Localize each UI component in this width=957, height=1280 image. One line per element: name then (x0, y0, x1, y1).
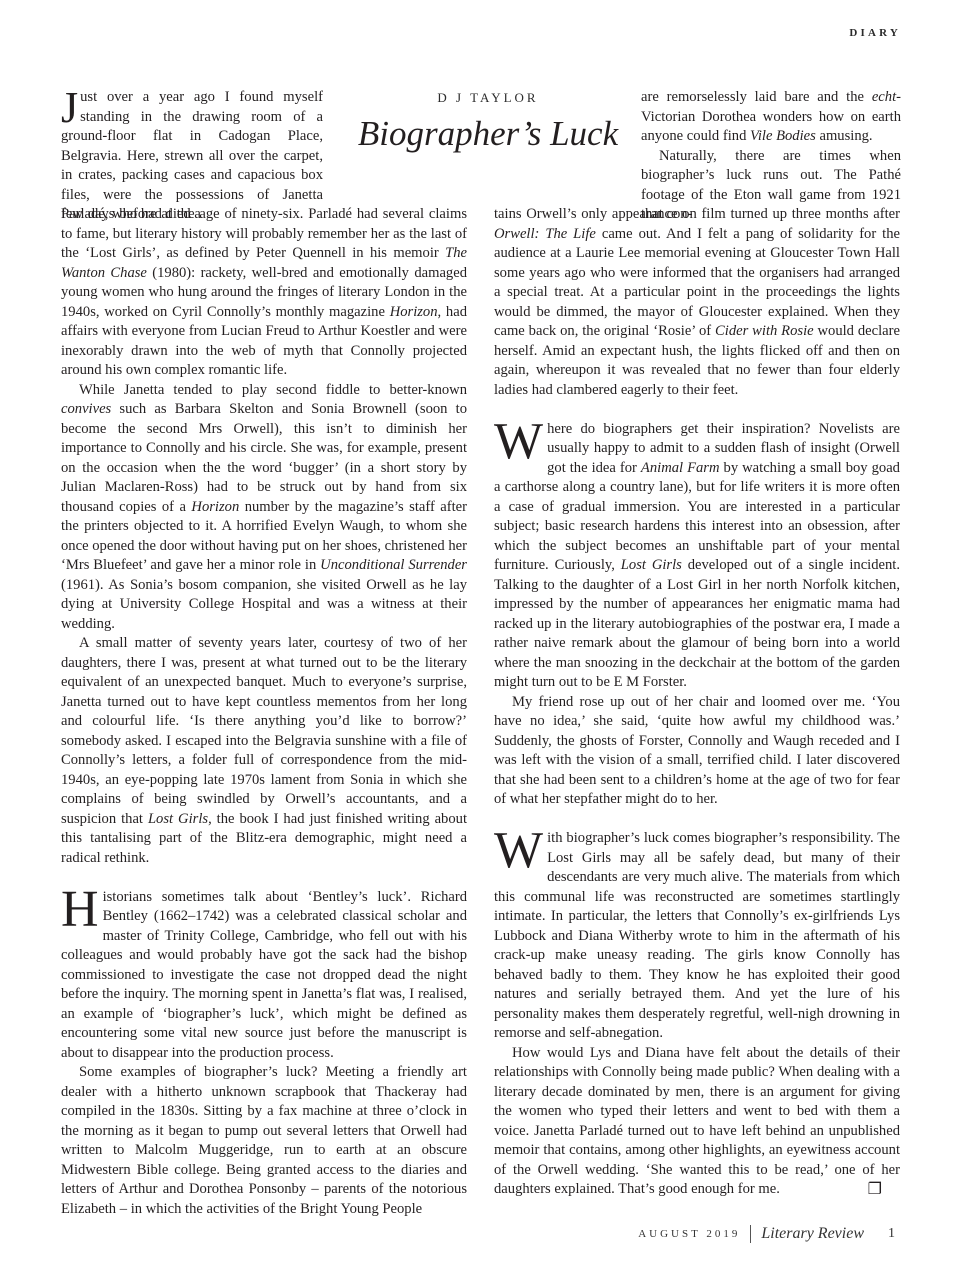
article-title: Biographer’s Luck (338, 114, 638, 154)
paragraph: tains Orwell’s only appearance on film t… (494, 205, 900, 400)
paragraph: A small matter of seventy years later, c… (61, 634, 467, 868)
column-1: few days before at the age of ninety-six… (61, 205, 467, 1219)
drop-cap: W (494, 831, 543, 871)
paragraph: Where do biographers get their inspirati… (494, 420, 900, 693)
paragraph: Historians sometimes talk about ‘Bentley… (61, 888, 467, 1064)
author-byline: D J TAYLOR (338, 90, 638, 106)
drop-cap: H (61, 890, 99, 930)
page-number: 1 (888, 1226, 895, 1242)
paragraph: few days before at the age of ninety-six… (61, 205, 467, 381)
paragraph: With biographer’s luck comes biographer’… (494, 829, 900, 1044)
footer-divider (750, 1225, 751, 1243)
magazine-name: Literary Review (761, 1225, 864, 1243)
drop-cap: W (494, 422, 543, 462)
paragraph: are remorselessly laid bare and the echt… (641, 88, 901, 147)
article-header: D J TAYLOR Biographer’s Luck (338, 88, 638, 154)
paragraph: While Janetta tended to play second fidd… (61, 381, 467, 635)
page-footer: AUGUST 2019 Literary Review 1 (638, 1225, 895, 1243)
paragraph: My friend rose up out of her chair and l… (494, 693, 900, 810)
drop-cap: J (61, 90, 78, 126)
paragraph: How would Lys and Diana have felt about … (494, 1044, 900, 1200)
column-2: tains Orwell’s only appearance on film t… (494, 205, 900, 1200)
section-label: DIARY (849, 27, 901, 39)
issue-date: AUGUST 2019 (638, 1228, 740, 1240)
paragraph: Some examples of biographer’s luck? Meet… (61, 1063, 467, 1219)
end-of-article-icon: ❐ (850, 1180, 882, 1199)
